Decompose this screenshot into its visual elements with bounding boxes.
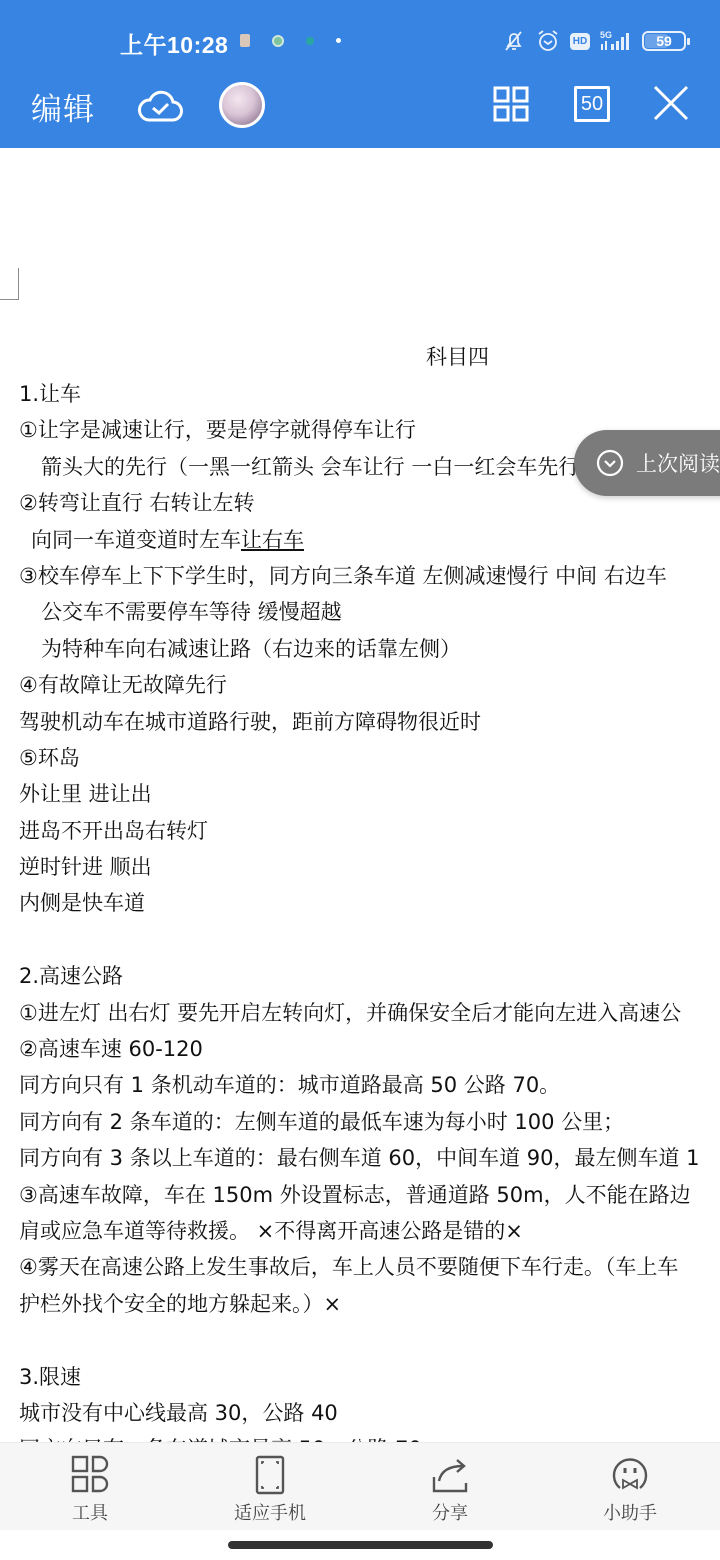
user-avatar[interactable]: [219, 82, 265, 128]
status-time: 上午10:28: [120, 27, 228, 60]
fit-phone-icon: [255, 1455, 285, 1495]
cloud-sync-button[interactable]: [136, 84, 184, 124]
nav-share[interactable]: 分享: [380, 1443, 520, 1531]
app-notification-icon: [306, 37, 314, 45]
chevron-down-circle-icon: [596, 449, 624, 477]
doc-line: 内侧是快车道: [19, 885, 720, 921]
document-title: 科目四: [426, 341, 489, 371]
doc-line: ④雾天在高速公路上发生事故后，车上人员不要随便下车行走。（车上车: [19, 1249, 720, 1285]
doc-line: 外让里 进让出: [19, 776, 720, 812]
doc-line: ①进左灯 出右灯 要先开启左转向灯，并确保安全后才能向左进入高速公: [19, 995, 720, 1031]
doc-blank-line: [19, 1322, 720, 1358]
tools-grid-icon: [71, 1455, 109, 1493]
battery-level: 59: [656, 33, 672, 49]
doc-line: 逆时针进 顺出: [19, 849, 720, 885]
doc-line: 护栏外找个安全的地方躲起来。）×: [19, 1286, 720, 1322]
doc-line: ②高速车速 60-120: [19, 1031, 720, 1067]
app-notification-icon: [272, 35, 284, 47]
close-button[interactable]: [652, 84, 690, 122]
grid-icon: [493, 86, 529, 122]
thumbnails-button[interactable]: [493, 86, 529, 122]
battery-icon: 59: [642, 31, 686, 51]
nav-tools[interactable]: 工具: [20, 1443, 160, 1531]
doc-line: 2.高速公路: [19, 958, 720, 994]
doc-line: ③高速车故障，车在 150m 外设置标志，普通道路 50m，人不能在路边: [19, 1177, 720, 1213]
doc-line: ⑤环岛: [19, 740, 720, 776]
page-count-button[interactable]: 50: [574, 86, 610, 122]
more-notifications-dot-icon: [336, 38, 341, 43]
doc-line: 同方向只有一条车道城市最高 50，公路 70: [19, 1431, 720, 1442]
edit-button[interactable]: 编辑: [31, 84, 95, 129]
doc-line: ③校车停车上下下学生时，同方向三条车道 左侧减速慢行 中间 右边车: [19, 558, 720, 594]
close-icon: [652, 84, 690, 122]
cloud-check-icon: [136, 84, 184, 124]
doc-line: 进岛不开出岛右转灯: [19, 813, 720, 849]
last-read-label: 上次阅读: [636, 448, 720, 478]
5g-signal-icon: 5G: [599, 29, 633, 53]
hd-icon: HD: [570, 33, 590, 50]
nav-tools-label: 工具: [20, 1499, 160, 1525]
notification-icons: [240, 34, 341, 47]
doc-line: 城市没有中心线最高 30，公路 40: [19, 1395, 720, 1431]
nav-assistant-label: 小助手: [560, 1499, 700, 1525]
doc-blank-line: [19, 922, 720, 958]
svg-text:5G: 5G: [600, 30, 612, 40]
doc-line: 为特种车向右减速让路（右边来的话靠左侧）: [19, 631, 720, 667]
doc-line: 1.让车: [19, 376, 720, 412]
mute-bell-icon: [502, 29, 526, 53]
doc-line: ④有故障让无故障先行: [19, 667, 720, 703]
status-icons: HD 5G 59: [502, 28, 686, 54]
last-read-button[interactable]: 上次阅读: [574, 430, 720, 496]
doc-line: 向同一车道变道时左车让右车: [19, 522, 720, 558]
doc-line-underlined-text: 让右车: [241, 528, 304, 552]
doc-line: 公交车不需要停车等待 缓慢超越: [19, 594, 720, 630]
nav-fit-phone-label: 适应手机: [200, 1499, 340, 1525]
doc-line: 3.限速: [19, 1359, 720, 1395]
bottom-nav: 工具 适应手机 分享 小助手: [0, 1442, 720, 1530]
home-indicator[interactable]: [228, 1541, 493, 1549]
app-notification-icon: [240, 34, 250, 47]
doc-toolbar: 编辑 50: [0, 70, 720, 142]
doc-line-text: 向同一车道变道时左车: [31, 528, 241, 552]
document-content: 1.让车 ①让字是减速让行，要是停字就得停车让行 箭头大的先行（一黑一红箭头 会…: [19, 376, 720, 1442]
page-crop-mark: [0, 268, 19, 300]
doc-line: 同方向只有 1 条机动车道的：城市道路最高 50 公路 70。: [19, 1067, 720, 1103]
doc-line: 肩或应急车道等待救援。 ×不得离开高速公路是错的×: [19, 1213, 720, 1249]
app-header: 上午10:28 HD 5G 59: [0, 0, 720, 148]
nav-assistant[interactable]: 小助手: [560, 1443, 700, 1531]
assistant-icon: [611, 1455, 649, 1493]
doc-line: 同方向有 2 条车道的：左侧车道的最低车速为每小时 100 公里；: [19, 1104, 720, 1140]
share-icon: [431, 1455, 469, 1493]
document-viewer[interactable]: 科目四 1.让车 ①让字是减速让行，要是停字就得停车让行 箭头大的先行（一黑一红…: [0, 148, 720, 1442]
nav-share-label: 分享: [380, 1499, 520, 1525]
doc-line: 同方向有 3 条以上车道的：最右侧车道 60，中间车道 90，最左侧车道 1: [19, 1140, 720, 1176]
doc-line: 驾驶机动车在城市道路行驶，距前方障碍物很近时: [19, 704, 720, 740]
status-bar: 上午10:28 HD 5G 59: [0, 22, 720, 62]
alarm-icon: [535, 28, 561, 54]
nav-fit-phone[interactable]: 适应手机: [200, 1443, 340, 1531]
